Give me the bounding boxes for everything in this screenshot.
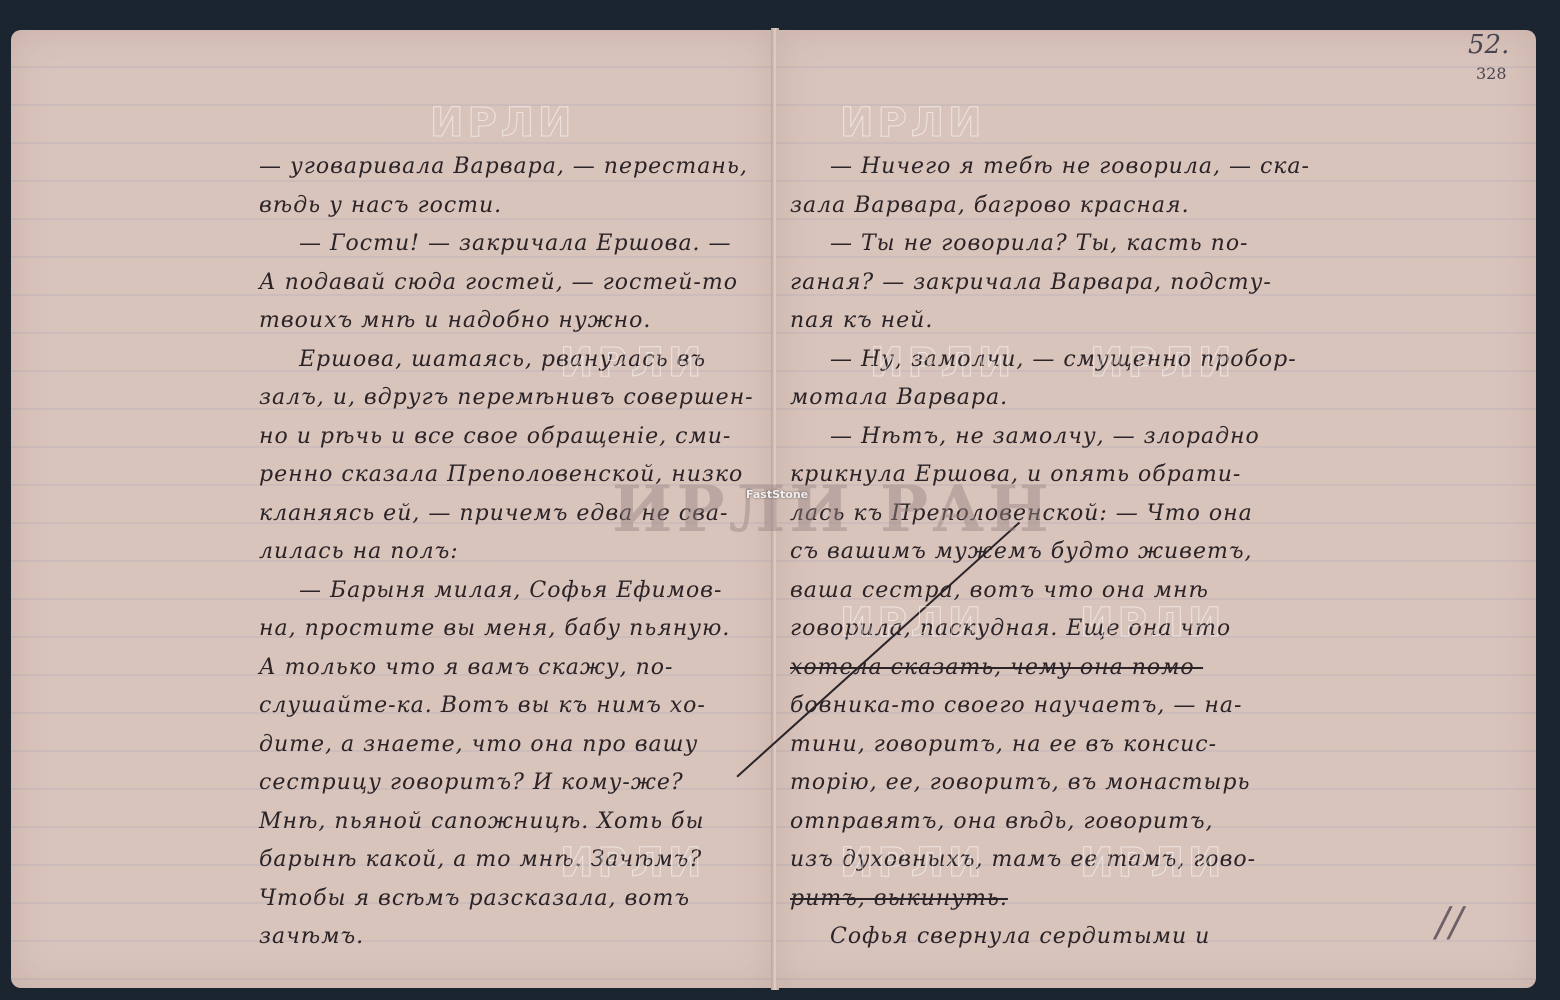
text-line: — Ничего я тебѣ не говорила, — ска- [790,148,1310,187]
text-line: — Барыня милая, Софья Ефимов- [259,572,779,611]
struck-text-line: ритъ, выкинуть. [790,880,1310,919]
corner-pencil-mark: // [1436,900,1463,946]
struck-text-line: хотела сказать, чему она помо- [790,649,1310,688]
text-line: изъ духовныхъ, тамъ ее тамъ, гово- [790,841,1310,880]
folio-number: 52. [1468,30,1509,60]
manuscript-scan: — уговаривала Варвара, — перестань, вѣдь… [0,0,1560,1000]
text-line: пая къ ней. [790,302,1310,341]
text-line: барынѣ какой, а то мнѣ. Зачѣмъ? [259,841,779,880]
text-line: А подавай сюда гостей, — гостей-то [259,264,779,303]
text-line: мотала Варвара. [790,379,1310,418]
text-line: — Ну, замолчи, — смущенно пробор- [790,341,1310,380]
text-line: Чтобы я всѣмъ разсказала, вотъ [259,880,779,919]
text-line: но и рѣчь и все свое обращенiе, сми- [259,418,779,457]
text-line: тини, говоритъ, на ее въ консис- [790,726,1310,765]
text-line: Мнѣ, пьяной сапожницѣ. Хоть бы [259,803,779,842]
archive-number: 328 [1476,64,1507,83]
text-line: А только что я вамъ скажу, по- [259,649,779,688]
text-line: — уговаривала Варвара, — перестань, [259,148,779,187]
text-line: — Ты не говорила? Ты, касть по- [790,225,1310,264]
text-line: бовника-то своего научаетъ, — на- [790,687,1310,726]
text-line: слушайте-ка. Вотъ вы къ нимъ хо- [259,687,779,726]
text-line: сестрицу говоритъ? И кому-же? [259,764,779,803]
text-line: говорила, паскудная. Еще она что [790,610,1310,649]
text-line: дите, а знаете, что она про вашу [259,726,779,765]
text-line: зала Варвара, багрово красная. [790,187,1310,226]
text-line: зачѣмъ. [259,918,779,957]
text-line: на, простите вы меня, бабу пьяную. [259,610,779,649]
right-page-text: — Ничего я тебѣ не говорила, — ска- зала… [790,148,1310,957]
text-line: залъ, и, вдругъ перемѣнивъ совершен- [259,379,779,418]
text-line: — Гости! — закричала Ершова. — [259,225,779,264]
left-page-text: — уговаривала Варвара, — перестань, вѣдь… [259,148,779,957]
text-line: Ершова, шатаясь, рванулась въ [259,341,779,380]
scanner-badge: FastStone [746,488,808,501]
text-line: Софья свернула сердитыми и [790,918,1310,957]
text-line: ваша сестра, вотъ что она мнѣ [790,572,1310,611]
text-line: вѣдь у насъ гости. [259,187,779,226]
text-line: — Нѣтъ, не замолчу, — злорадно [790,418,1310,457]
center-watermark: ИРЛИ РАН [612,472,1053,547]
text-line: торiю, ее, говоритъ, въ монастырь [790,764,1310,803]
text-line: ганая? — закричала Варвара, подсту- [790,264,1310,303]
text-line: твоихъ мнѣ и надобно нужно. [259,302,779,341]
text-line: отправятъ, она вѣдь, говоритъ, [790,803,1310,842]
